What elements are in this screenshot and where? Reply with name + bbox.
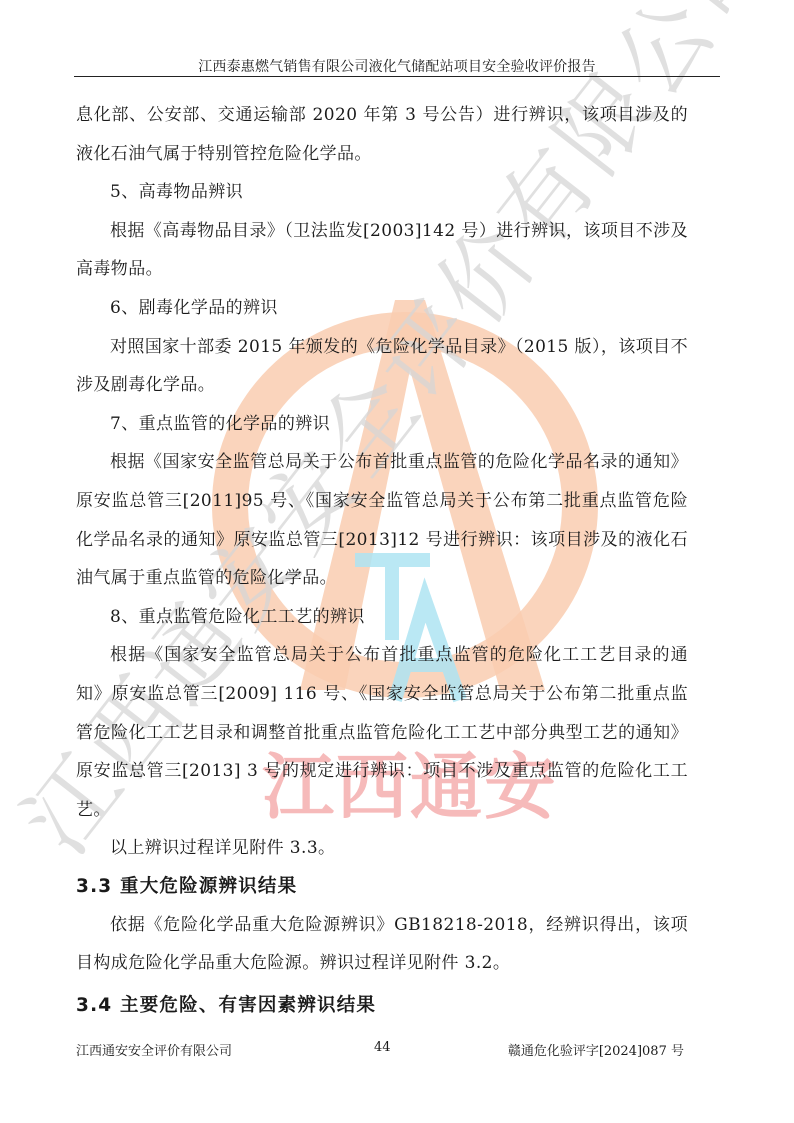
paragraph-hazard-control-cont: 息化部、公安部、交通运输部 2020 年第 3 号公告）进行辨识，该项目涉及的液… <box>76 96 688 173</box>
paragraph-key-supervised-chemicals: 根据《国家安全监管总局关于公布首批重点监管的危险化学品名录的通知》原安监总管三[… <box>76 443 688 597</box>
footer-company: 江西通安安全评价有限公司 <box>76 1040 232 1059</box>
paragraph-key-processes: 根据《国家安全监管总局关于公布首批重点监管的危险化工工艺目录的通知》原安监总管三… <box>76 636 688 829</box>
paragraph-high-toxicity: 根据《高毒物品目录》（卫法监发[2003]142 号）进行辨识，该项目不涉及高毒… <box>76 212 688 289</box>
subheading-key-processes: 8、重点监管危险化工工艺的辨识 <box>76 598 688 637</box>
paragraph-see-appendix: 以上辨识过程详见附件 3.3。 <box>76 829 688 868</box>
footer-doc-number: 赣通危化验评字[2024]087 号 <box>508 1040 684 1059</box>
page-header: 江西泰惠燃气销售有限公司液化气储配站项目安全验收评价报告 <box>74 56 720 76</box>
subheading-key-supervised-chemicals: 7、重点监管的化学品的辨识 <box>76 405 688 444</box>
subheading-highly-toxic-chemicals: 6、剧毒化学品的辨识 <box>76 289 688 328</box>
page-number: 44 <box>374 1040 391 1055</box>
section-heading-3-4: 3.4 主要危险、有害因素辨识结果 <box>76 987 688 1025</box>
document-body: 息化部、公安部、交通运输部 2020 年第 3 号公告）进行辨识，该项目涉及的液… <box>76 96 688 1025</box>
header-divider <box>74 76 720 77</box>
paragraph-highly-toxic-chemicals: 对照国家十部委 2015 年颁发的《危险化学品目录》（2015 版），该项目不涉… <box>76 328 688 405</box>
section-heading-3-3: 3.3 重大危险源辨识结果 <box>76 868 688 906</box>
paragraph-major-hazard-result: 依据《危险化学品重大危险源辨识》GB18218-2018，经辨识得出，该项目构成… <box>76 906 688 983</box>
subheading-high-toxicity: 5、高毒物品辨识 <box>76 173 688 212</box>
